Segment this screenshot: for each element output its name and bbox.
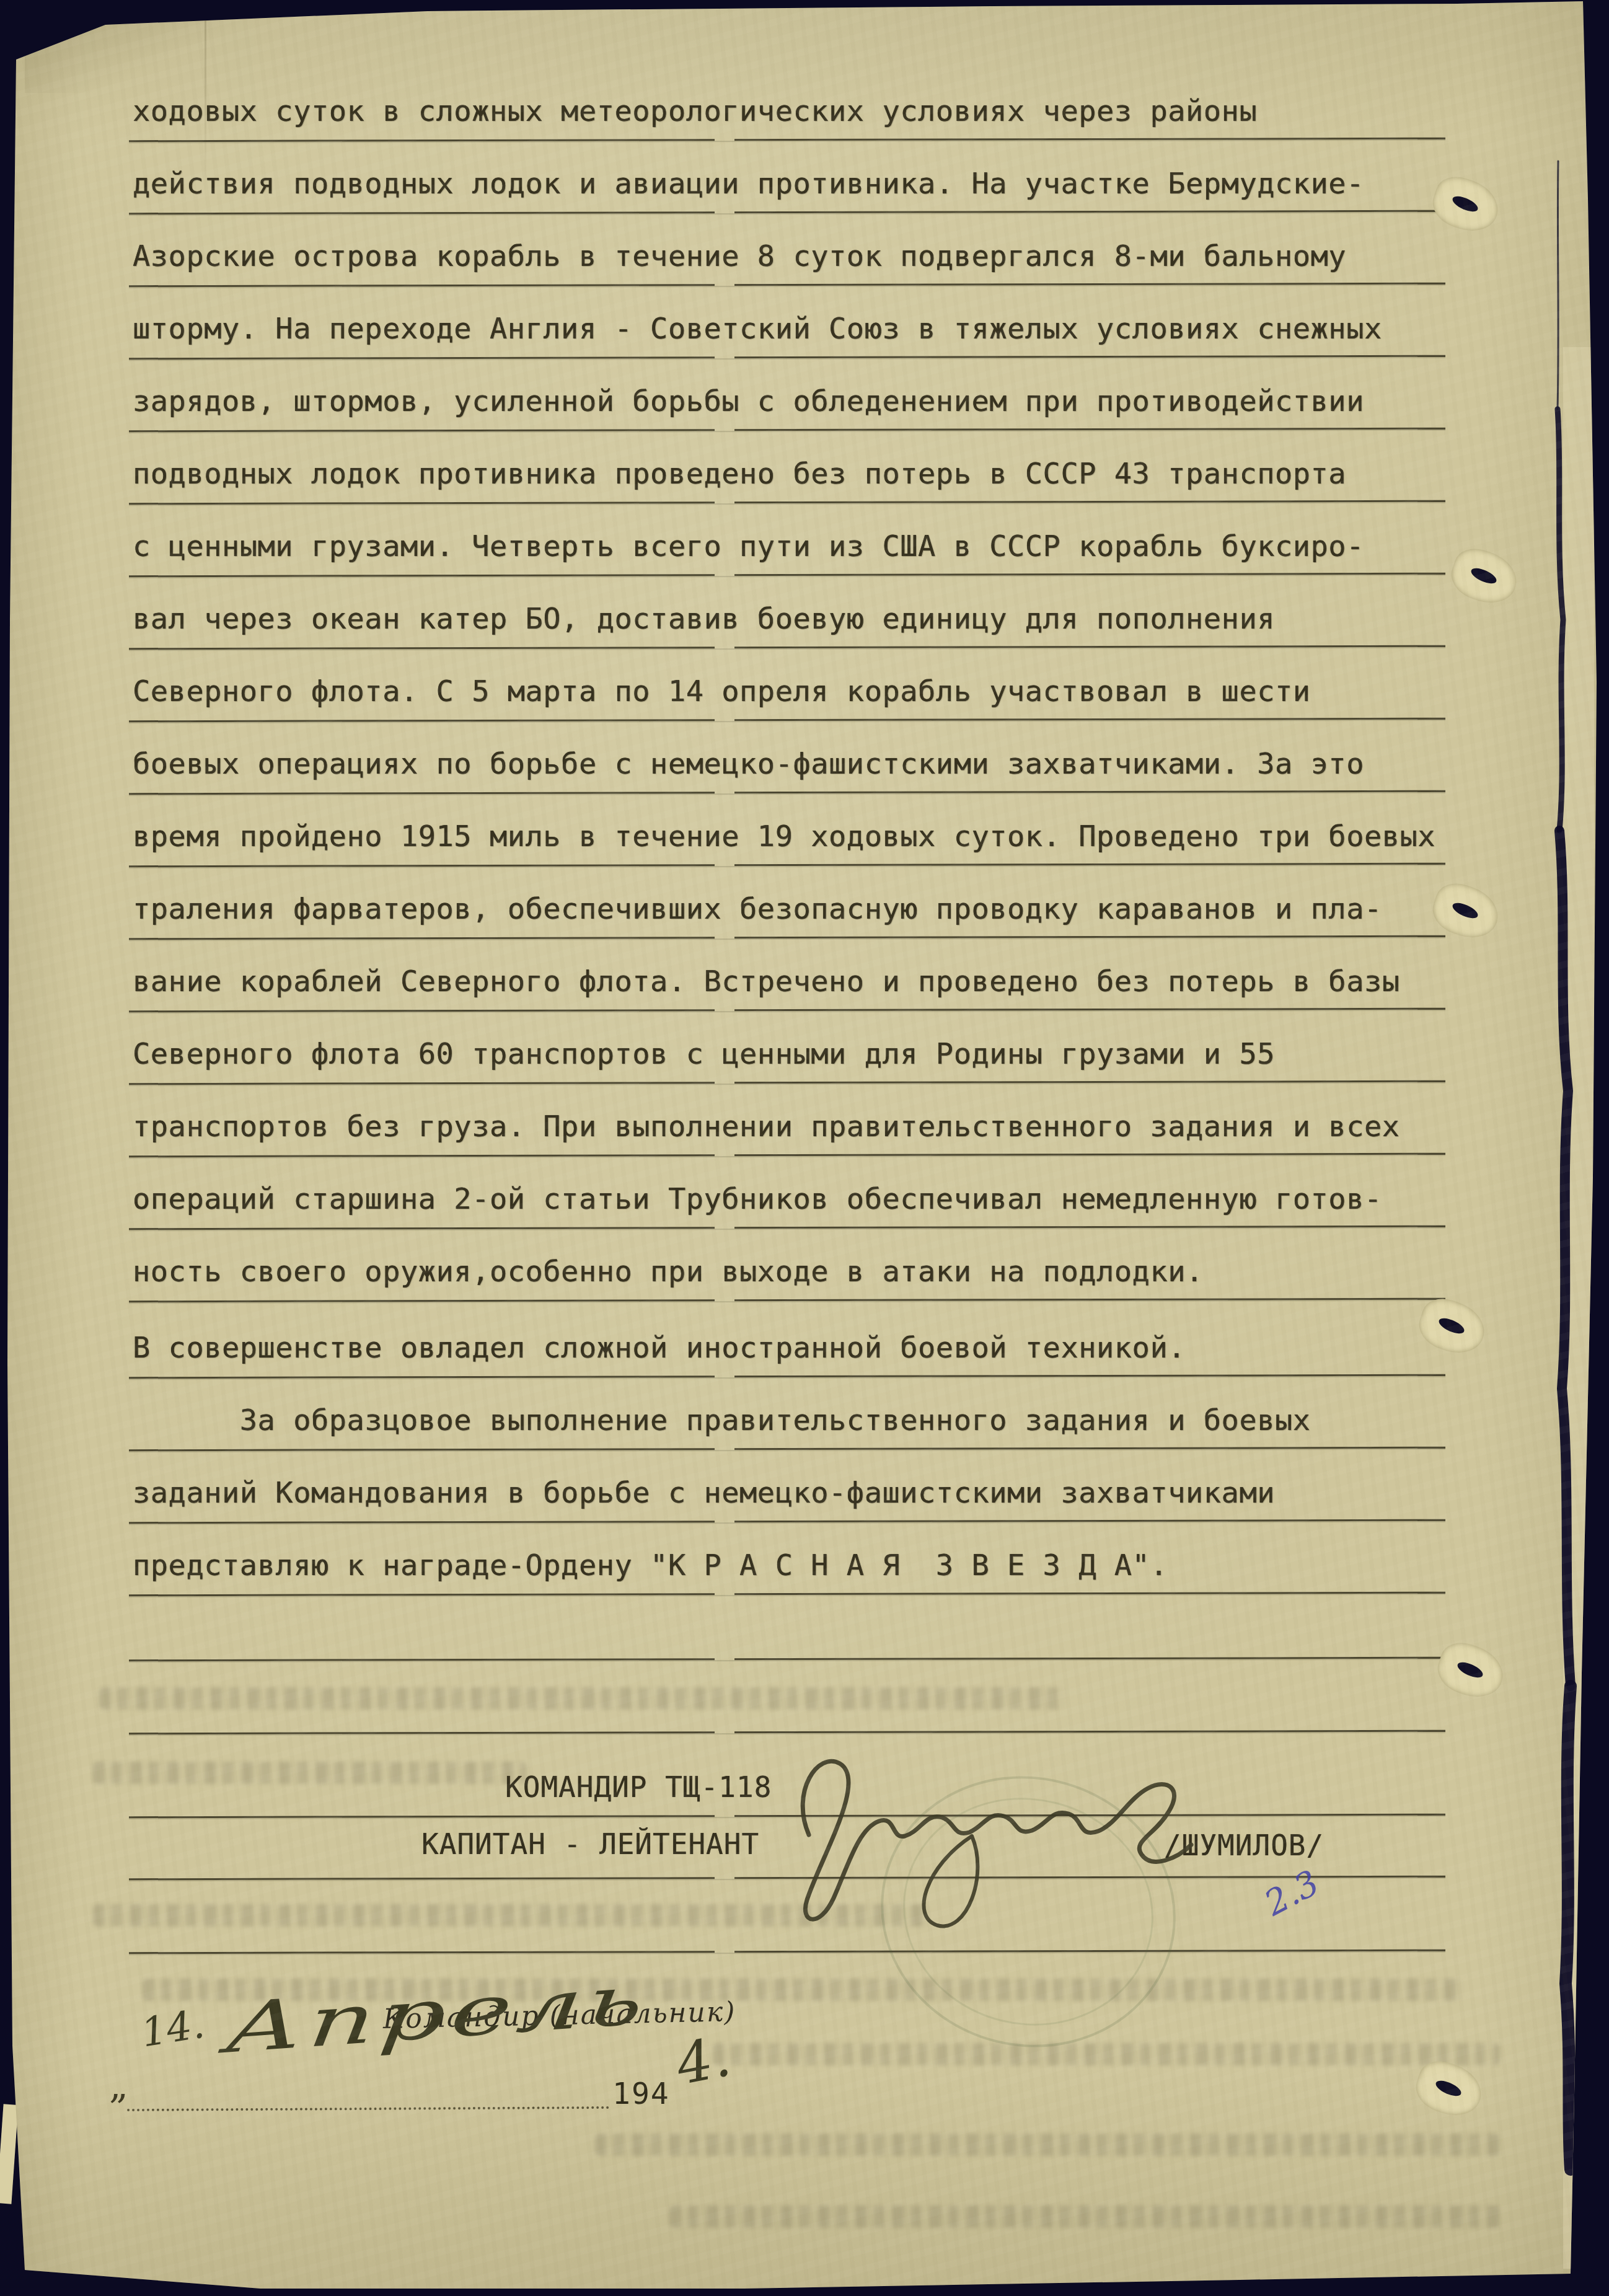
typed-line-text: время пройдено 1915 миль в течение 19 хо… <box>133 821 1435 853</box>
typed-line-text: с ценными грузами. Четверть всего пути и… <box>133 531 1364 563</box>
paper-hole <box>1439 186 1492 223</box>
typed-line-text: траления фарватеров, обеспечивших безопа… <box>133 893 1382 925</box>
typed-line-text: действия подводных лодок и авиации проти… <box>133 168 1364 200</box>
typed-line: операций старшина 2-ой статьи Трубников … <box>129 1181 1445 1253</box>
handwritten-month: Апрель <box>222 1959 653 2069</box>
typed-line: шторму. На переходе Англия - Советский С… <box>129 311 1445 383</box>
commander-role-line1: КОМАНДИР ТЩ-118 <box>505 1770 772 1804</box>
typed-line-text: Северного флота. С 5 марта по 14 опреля … <box>133 676 1311 708</box>
open-quote-mark: „ <box>109 2064 128 2108</box>
paper-hole <box>1444 1652 1497 1689</box>
typed-line: представляю к награде-Ордену "К Р А С Н … <box>129 1547 1445 1620</box>
typed-line-text: транспортов без груза. При выполнении пр… <box>133 1111 1400 1143</box>
typed-line: время пройдено 1915 миль в течение 19 хо… <box>129 818 1445 891</box>
ruled-underline <box>129 428 1445 432</box>
typed-line: За образцовое выполнение правительственн… <box>129 1402 1445 1475</box>
typed-line-text: За образцовое выполнение правительственн… <box>133 1405 1311 1437</box>
typed-line-text: Северного флота 60 транспортов с ценными… <box>133 1038 1275 1071</box>
bleedthrough-text <box>669 2205 1500 2228</box>
typed-line: вал через океан катер БО, доставив боеву… <box>129 601 1445 673</box>
typed-line: ность своего оружия,особенно при выходе … <box>129 1253 1445 1326</box>
bleedthrough-text <box>99 1687 1066 1710</box>
document-page: ходовых суток в сложных метеорологически… <box>0 0 1609 2296</box>
handwritten-day: 14. <box>138 2001 208 2056</box>
ruled-underline <box>129 573 1445 577</box>
typed-line: вание кораблей Северного флота. Встречен… <box>129 963 1445 1036</box>
ruled-underline <box>129 1519 1445 1524</box>
typed-line: боевых операциях по борьбе с немецко-фаш… <box>129 746 1445 818</box>
typed-line-text: зарядов, штормов, усиленной борьбы с обл… <box>133 386 1364 418</box>
typed-line: заданий Командования в борьбе с немецко-… <box>129 1475 1445 1547</box>
ruled-underline <box>129 1447 1445 1451</box>
typed-line: действия подводных лодок и авиации проти… <box>129 166 1445 238</box>
dotted-date-line <box>127 2089 609 2111</box>
typed-line: Северного флота. С 5 марта по 14 опреля … <box>129 673 1445 746</box>
typed-line-text: боевых операциях по борьбе с немецко-фаш… <box>133 748 1364 780</box>
typed-line-text: ходовых суток в сложных метеорологически… <box>133 95 1257 128</box>
ruled-underline <box>129 283 1445 287</box>
typed-line: Азорские острова корабль в течение 8 сут… <box>129 238 1445 311</box>
ruled-underline <box>129 790 1445 795</box>
typed-line-text: операций старшина 2-ой статьи Трубников … <box>133 1183 1382 1216</box>
underlying-page-sliver <box>0 2104 19 2204</box>
edge-tear-crack <box>1531 149 1587 2194</box>
paper-hole <box>1422 2070 1476 2108</box>
typed-line: с ценными грузами. Четверть всего пути и… <box>129 528 1445 601</box>
scan-background: ходовых суток в сложных метеорологически… <box>0 0 1609 2296</box>
ruled-underline <box>129 935 1445 940</box>
ruled-underline <box>129 718 1445 722</box>
blank-ruled-line <box>129 1949 1445 1954</box>
vertical-crease <box>205 6 206 192</box>
blank-ruled-line <box>129 1876 1445 1880</box>
bleedthrough-text <box>93 1762 527 1784</box>
typed-line-text: вал через океан катер БО, доставив боеву… <box>133 603 1275 635</box>
ruled-underline <box>129 138 1445 142</box>
ruled-underline <box>129 645 1445 650</box>
paper-hole <box>1426 1308 1479 1345</box>
torn-edge-strip <box>1563 347 1594 2269</box>
paper-hole <box>1458 558 1511 595</box>
ruled-underline <box>129 1153 1445 1157</box>
bleedthrough-text <box>595 2134 1500 2156</box>
typed-line: подводных лодок противника проведено без… <box>129 456 1445 528</box>
corner-crease <box>25 19 285 93</box>
ruled-underline <box>129 1298 1445 1302</box>
blue-pencil-mark: 2.3 <box>1258 1863 1326 1924</box>
commander-signature <box>775 1729 1209 1959</box>
typed-line: зарядов, штормов, усиленной борьбы с обл… <box>129 383 1445 456</box>
round-stamp <box>852 1745 1205 2078</box>
commander-surname-typed: /ШУМИЛОВ/ <box>1164 1829 1324 1862</box>
typed-line: Северного флота 60 транспортов с ценными… <box>129 1036 1445 1108</box>
typed-line: ходовых суток в сложных метеорологически… <box>129 93 1445 166</box>
paper-hole <box>1439 893 1492 930</box>
bleedthrough-text <box>93 1904 930 1927</box>
typed-line-text: В совершенстве овладел сложной иностранн… <box>133 1332 1186 1364</box>
bleedthrough-text <box>713 2043 1500 2065</box>
bleedthrough-text <box>143 1979 1463 2001</box>
typed-line: траления фарватеров, обеспечивших безопа… <box>129 891 1445 963</box>
typed-line-text: представляю к награде-Ордену "К Р А С Н … <box>133 1550 1168 1582</box>
typed-line-text: ность своего оружия,особенно при выходе … <box>133 1256 1204 1288</box>
printed-year-194: 194 <box>612 2077 670 2111</box>
ruled-underline <box>129 1592 1445 1596</box>
ruled-underline <box>129 863 1445 867</box>
ruled-underline <box>129 1008 1445 1012</box>
ruled-underline <box>129 210 1445 214</box>
blank-ruled-line <box>129 1657 1445 1661</box>
typed-line-text: вание кораблей Северного флота. Встречен… <box>133 966 1400 998</box>
blank-ruled-line <box>129 1730 1445 1734</box>
ruled-underline <box>129 355 1445 360</box>
blank-ruled-line <box>129 1814 1445 1818</box>
typed-line-text: подводных лодок противника проведено без… <box>133 458 1346 490</box>
ruled-underline <box>129 1225 1445 1230</box>
commander-role-line2: КАПИТАН - ЛЕЙТЕНАНТ <box>421 1827 759 1861</box>
typed-line-text: Азорские острова корабль в течение 8 сут… <box>133 241 1346 273</box>
form-label-commander: Командир (начальник) <box>383 1996 736 2035</box>
handwritten-year-digit: 4. <box>671 2024 736 2098</box>
ruled-underline <box>129 1374 1445 1379</box>
ruled-underline <box>129 1080 1445 1085</box>
typed-line-text: шторму. На переходе Англия - Советский С… <box>133 313 1382 345</box>
ruled-underline <box>129 500 1445 505</box>
typed-line-text: заданий Командования в борьбе с немецко-… <box>133 1477 1275 1509</box>
typed-line: транспортов без груза. При выполнении пр… <box>129 1108 1445 1181</box>
typed-line: В совершенстве овладел сложной иностранн… <box>129 1330 1445 1402</box>
